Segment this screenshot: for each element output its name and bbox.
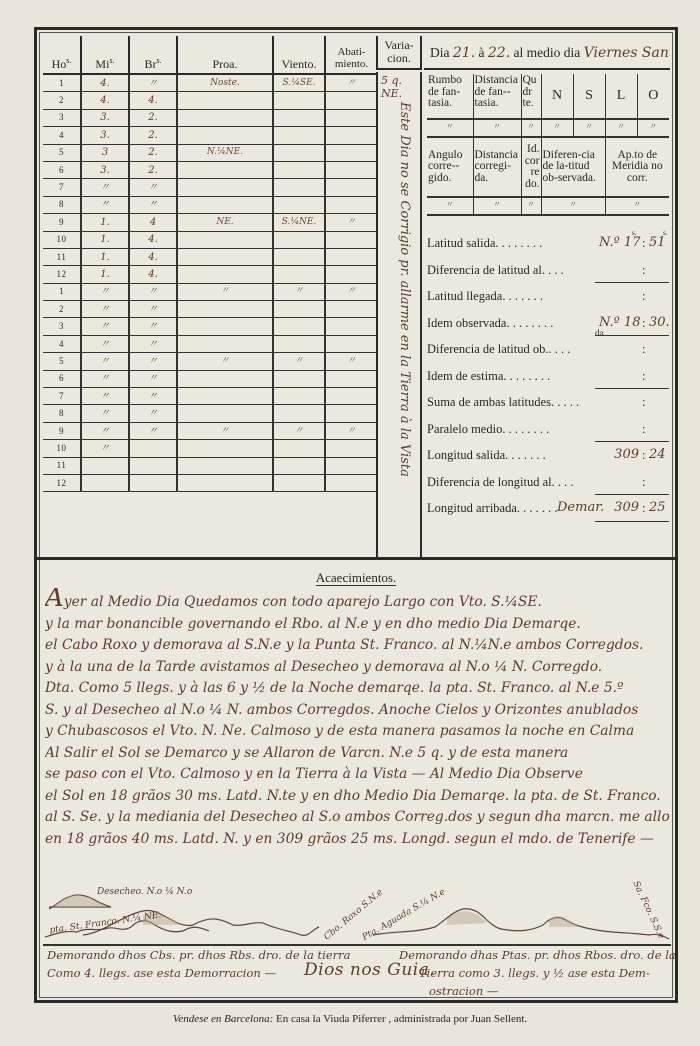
log-row: 8〃〃 xyxy=(43,196,377,213)
miles-cell xyxy=(81,457,129,474)
viento-cell xyxy=(273,440,325,457)
cell-value: 〃 xyxy=(521,119,541,137)
viento-cell xyxy=(273,127,325,144)
demoracion-right: Demorando dhas Ptas. pr. dhos Rbos. dro.… xyxy=(399,946,676,1000)
viento-cell xyxy=(273,161,325,178)
proa-cell xyxy=(177,370,273,387)
narrative-line: y à la una de la Tarde avistamos al Dese… xyxy=(45,657,670,679)
log-row: 4〃〃 xyxy=(43,335,377,352)
colon-separator: : xyxy=(642,389,645,415)
hour-cell: 9 xyxy=(43,422,81,439)
abatimiento-cell xyxy=(325,109,377,126)
viento-cell xyxy=(273,457,325,474)
latitude-row: Idem de estima. . . . . . . .: xyxy=(427,363,671,390)
log-row: 11 xyxy=(43,457,377,474)
log-row: 1〃〃〃〃〃 xyxy=(43,283,377,300)
abatimiento-cell xyxy=(325,335,377,352)
log-row: 3〃〃 xyxy=(43,318,377,335)
cell-value: 〃 xyxy=(473,197,521,215)
proa-cell xyxy=(177,318,273,335)
log-row: 5〃〃〃〃〃 xyxy=(43,353,377,370)
distancia-corregida-label: Distancia corregi-da. xyxy=(473,137,521,197)
minutes-value: 30. xyxy=(649,310,670,336)
proa-cell xyxy=(177,335,273,352)
brazas-cell: 〃 xyxy=(129,422,177,439)
narrative-line: al S. Se. y la mediania del Desecheo al … xyxy=(45,807,670,829)
miles-cell: 3. xyxy=(81,161,129,178)
proa-cell xyxy=(177,457,273,474)
hour-cell: 4 xyxy=(43,335,81,352)
viento-header: Viento. xyxy=(273,36,325,74)
proa-cell xyxy=(177,179,273,196)
latitude-label: Suma de ambas latitudes. . . . . xyxy=(427,389,579,415)
cell-value: 〃 xyxy=(541,119,573,137)
proa-cell xyxy=(177,301,273,318)
narrative-line: en 18 grãos 40 ms. Latd. N. y en 309 grã… xyxy=(45,829,670,851)
viento-cell xyxy=(273,474,325,491)
narrative-line: Al Salir el Sol se Demarco y se Allaron … xyxy=(45,743,670,765)
day-suffix: al medio dia xyxy=(514,45,581,60)
brazas-cell: 4. xyxy=(129,248,177,265)
hour-cell: 7 xyxy=(43,179,81,196)
miles-cell: 〃 xyxy=(81,301,129,318)
proa-cell xyxy=(177,127,273,144)
miles-cell: 1. xyxy=(81,231,129,248)
latitude-row: Latitud salida. . . . . . . .N.º 17:51s.… xyxy=(427,230,671,257)
narrative-line: el Cabo Roxo y demorava al S.N.e y la Pu… xyxy=(45,635,670,657)
hour-cell: 8 xyxy=(43,405,81,422)
proa-cell xyxy=(177,161,273,178)
cell-value: 〃 xyxy=(541,197,605,215)
latitude-label: Diferencia de longitud al. . . . xyxy=(427,469,573,495)
log-row: 24.4. xyxy=(43,92,377,109)
cell-value: 〃 xyxy=(473,119,521,137)
viento-cell xyxy=(273,109,325,126)
diferencia-latitud-label: Diferen-cia de la-titud ob-servada. xyxy=(541,137,605,197)
miles-cell: 1. xyxy=(81,266,129,283)
miles-cell: 3. xyxy=(81,109,129,126)
north-label: N xyxy=(541,74,573,119)
brazas-cell: 2. xyxy=(129,109,177,126)
proa-header: Proa. xyxy=(177,36,273,74)
variacion-column: 5 q. NE. Este Dia no se Corrigio pr. all… xyxy=(376,72,422,557)
hour-cell: 1 xyxy=(43,74,81,92)
minutes-value: 25 xyxy=(649,495,666,521)
abatimiento-cell xyxy=(325,370,377,387)
abatimiento-cell xyxy=(325,127,377,144)
viento-cell xyxy=(273,335,325,352)
unit-label: s. xyxy=(632,220,636,246)
hour-cell: 7 xyxy=(43,388,81,405)
miles-cell: 〃 xyxy=(81,370,129,387)
proa-cell: N.¼NE. xyxy=(177,144,273,161)
hour-cell: 11 xyxy=(43,248,81,265)
day-from: 21. xyxy=(453,45,475,61)
abatimiento-cell: 〃 xyxy=(325,422,377,439)
narrative-line: Dta. Como 5 llegs. y à las 6 y ½ de la N… xyxy=(45,678,670,700)
abatimiento-cell xyxy=(325,248,377,265)
day-between: à xyxy=(479,45,485,60)
hour-cell: 12 xyxy=(43,266,81,283)
log-row: 101.4. xyxy=(43,231,377,248)
brazas-cell xyxy=(129,440,177,457)
narrative-line: se paso con el Vto. Calmoso y en la Tier… xyxy=(45,764,670,786)
section-divider xyxy=(37,557,675,560)
log-row: 63.2. xyxy=(43,161,377,178)
brazas-cell xyxy=(129,457,177,474)
minutes-value: 24 xyxy=(649,442,666,468)
latitude-prefix: Demar. xyxy=(557,495,604,521)
log-row: 8〃〃 xyxy=(43,405,377,422)
abatimiento-cell xyxy=(325,474,377,491)
cell-value: 〃 xyxy=(573,119,605,137)
colon-separator: : xyxy=(642,363,645,389)
viento-cell: S.¼NE. xyxy=(273,214,325,231)
brazas-cell: 〃 xyxy=(129,405,177,422)
miles-cell: 4. xyxy=(81,92,129,109)
degrees-value: N.º 18 xyxy=(599,310,639,336)
hour-cell: 10 xyxy=(43,231,81,248)
miles-cell: 〃 xyxy=(81,405,129,422)
hour-cell: 3 xyxy=(43,318,81,335)
hour-cell: 6 xyxy=(43,161,81,178)
proa-cell: NE. xyxy=(177,214,273,231)
colon-separator: : xyxy=(642,310,645,336)
proa-cell: Noste. xyxy=(177,74,273,92)
reckoning-grid: Rumbo de fan-tasia. Distancia de fan--ta… xyxy=(427,74,669,216)
brazas-cell: 〃 xyxy=(129,301,177,318)
abatimiento-header: Abati-miento. xyxy=(325,36,377,74)
latitude-row: Paralelo medio. . . . . . . .: xyxy=(427,416,671,443)
hour-cell: 10 xyxy=(43,440,81,457)
narrative-line: y la mar bonancible governando el Rbo. a… xyxy=(45,614,670,636)
log-row: 111.4. xyxy=(43,248,377,265)
latitude-label: Longitud arribada. . . . . . . xyxy=(427,495,558,521)
abatimiento-cell xyxy=(325,405,377,422)
latitude-row: Suma de ambas latitudes. . . . .: xyxy=(427,389,671,416)
miles-cell: 〃 xyxy=(81,318,129,335)
brazas-cell: 〃 xyxy=(129,370,177,387)
day-header: Dia 21. à 22. al medio dia Viernes Santo xyxy=(424,36,670,70)
brazas-cell: 2. xyxy=(129,161,177,178)
miles-cell xyxy=(81,474,129,491)
hour-cell: 8 xyxy=(43,196,81,213)
cell-value: 〃 xyxy=(427,197,473,215)
brazas-cell: 〃 xyxy=(129,179,177,196)
proa-cell xyxy=(177,474,273,491)
east-label: L xyxy=(605,74,637,119)
proa-cell xyxy=(177,109,273,126)
latitude-label: Latitud salida. . . . . . . . xyxy=(427,230,542,256)
proa-cell xyxy=(177,248,273,265)
hour-cell: 6 xyxy=(43,370,81,387)
log-page: Hos. Mis. Brs. Proa. Viento. Abati-mient… xyxy=(34,27,678,1003)
proa-cell xyxy=(177,405,273,422)
abatimiento-cell xyxy=(325,161,377,178)
abatimiento-cell: 〃 xyxy=(325,74,377,92)
viento-cell xyxy=(273,92,325,109)
miles-header: Mis. xyxy=(81,36,129,74)
hours-header: Hos. xyxy=(43,36,81,74)
brazas-cell: 〃 xyxy=(129,318,177,335)
miles-cell: 3. xyxy=(81,127,129,144)
abatimiento-cell xyxy=(325,457,377,474)
log-row: 91.4NE.S.¼NE.〃 xyxy=(43,214,377,231)
brazas-cell: 2. xyxy=(129,144,177,161)
angulo-corregido-label: Angulo corre--gido. xyxy=(427,137,473,197)
latitude-label: Diferencia de latitud ob.. . . . xyxy=(427,336,570,362)
brazas-cell: 4 xyxy=(129,214,177,231)
cell-value: 〃 xyxy=(605,197,669,215)
miles-cell: 〃 xyxy=(81,335,129,352)
proa-cell: 〃 xyxy=(177,422,273,439)
cell-value: 〃 xyxy=(427,119,473,137)
acaecimientos-title: Acaecimientos. xyxy=(37,570,675,586)
colon-separator: : xyxy=(642,495,645,521)
distancia-fantasia-label: Distancia de fan--tasia. xyxy=(473,74,521,119)
brazas-cell: 〃 xyxy=(129,335,177,352)
latitude-label: Longitud salida. . . . . . . xyxy=(427,442,546,468)
log-row: 14.〃Noste.S.¼SE.〃 xyxy=(43,74,377,92)
latitude-row: Diferencia de latitud al. . . .: xyxy=(427,257,671,284)
id-corregido-label: Id. cor re do. xyxy=(521,137,541,197)
abatimiento-cell xyxy=(325,144,377,161)
viento-cell xyxy=(273,370,325,387)
log-row: 43.2. xyxy=(43,127,377,144)
narrative-line: S. y al Desecheo al N.o ¼ N. ambos Corre… xyxy=(45,700,670,722)
colon-separator: : xyxy=(642,283,645,309)
publisher-footer: Vendese en Barcelona: En casa la Viuda P… xyxy=(0,1013,700,1025)
log-row: 7〃〃 xyxy=(43,179,377,196)
hour-cell: 2 xyxy=(43,92,81,109)
brazas-cell xyxy=(129,474,177,491)
miles-cell: 〃 xyxy=(81,388,129,405)
brazas-cell: 〃 xyxy=(129,353,177,370)
brazas-cell: 4. xyxy=(129,92,177,109)
miles-cell: 1. xyxy=(81,248,129,265)
colon-separator: : xyxy=(642,442,645,468)
day-prefix: Dia xyxy=(430,45,450,60)
hour-cell: 12 xyxy=(43,474,81,491)
degrees-value: 309 xyxy=(599,442,639,468)
log-row: 33.2. xyxy=(43,109,377,126)
hour-cell: 2 xyxy=(43,301,81,318)
latitude-row: Latitud llegada. . . . . . .: xyxy=(427,283,671,310)
south-label: S xyxy=(573,74,605,119)
narrative-line: el Sol en 18 grãos 30 ms. Latd. N.te y e… xyxy=(45,786,670,808)
brazas-cell: 4. xyxy=(129,231,177,248)
log-row: 12 xyxy=(43,474,377,491)
colon-separator: : xyxy=(642,257,645,283)
miles-cell: 〃 xyxy=(81,196,129,213)
brazas-cell: 〃 xyxy=(129,196,177,213)
day-name: Viernes Santo xyxy=(584,45,670,61)
latitude-row: Diferencia de latitud ob.. . . .: xyxy=(427,336,671,363)
abatimiento-cell xyxy=(325,196,377,213)
rumbo-fantasia-label: Rumbo de fan-tasia. xyxy=(427,74,473,119)
proa-cell xyxy=(177,440,273,457)
viento-cell xyxy=(273,301,325,318)
proa-cell xyxy=(177,92,273,109)
abatimiento-cell xyxy=(325,179,377,196)
brazas-cell: 〃 xyxy=(129,388,177,405)
latitude-label: Paralelo medio. . . . . . . . xyxy=(427,416,549,442)
colon-separator: : xyxy=(642,469,645,495)
viento-cell xyxy=(273,144,325,161)
proa-cell: 〃 xyxy=(177,283,273,300)
miles-cell: 〃 xyxy=(81,179,129,196)
log-row: 532.N.¼NE. xyxy=(43,144,377,161)
miles-cell: 1. xyxy=(81,214,129,231)
latitude-label: Latitud llegada. . . . . . . xyxy=(427,283,543,309)
degrees-value: 309 xyxy=(599,495,639,521)
narrative-line: Ayer al Medio Dia Quedamos con todo apar… xyxy=(45,588,670,614)
abatimiento-cell: 〃 xyxy=(325,353,377,370)
latitude-row: Longitud arribada. . . . . . .Demar.309:… xyxy=(427,495,671,522)
latitude-row: Longitud salida. . . . . . .309:24 xyxy=(427,442,671,469)
cuadrante-label: Qu dr te. xyxy=(521,74,541,119)
log-row: 9〃〃〃〃〃 xyxy=(43,422,377,439)
hour-cell: 11 xyxy=(43,457,81,474)
cell-value: 〃 xyxy=(637,119,669,137)
cell-value: 〃 xyxy=(521,197,541,215)
unit-label: s. xyxy=(663,220,667,246)
narrative-line: y Chubascosos el Vto. N. Ne. Calmoso y d… xyxy=(45,721,670,743)
viento-cell xyxy=(273,318,325,335)
colon-separator: : xyxy=(642,336,645,362)
hour-cell: 3 xyxy=(43,109,81,126)
viento-cell xyxy=(273,248,325,265)
miles-cell: 〃 xyxy=(81,353,129,370)
brazas-cell: 〃 xyxy=(129,283,177,300)
proa-cell xyxy=(177,196,273,213)
hour-cell: 5 xyxy=(43,144,81,161)
brazas-cell: 2. xyxy=(129,127,177,144)
hour-cell: 9 xyxy=(43,214,81,231)
viento-cell xyxy=(273,388,325,405)
colon-separator: : xyxy=(642,416,645,442)
variacion-header: Varia-cion. xyxy=(376,36,422,70)
log-row: 6〃〃 xyxy=(43,370,377,387)
abatimiento-cell xyxy=(325,92,377,109)
log-table: Hos. Mis. Brs. Proa. Viento. Abati-mient… xyxy=(43,36,377,492)
viento-cell: 〃 xyxy=(273,283,325,300)
hour-cell: 4 xyxy=(43,127,81,144)
variacion-vertical-note: Este Dia no se Corrigio pr. allarme en l… xyxy=(390,102,412,542)
sum-rule xyxy=(595,521,669,522)
miles-cell: 〃 xyxy=(81,422,129,439)
latitude-row: Idem observada. . . . . . . .N.º 18:30.d… xyxy=(427,310,671,337)
abatimiento-cell: 〃 xyxy=(325,214,377,231)
latitude-label: Idem observada. . . . . . . . xyxy=(427,310,553,336)
abatimiento-cell xyxy=(325,266,377,283)
latitude-longitude-list: Latitud salida. . . . . . . .N.º 17:51s.… xyxy=(427,230,671,522)
viento-cell xyxy=(273,179,325,196)
proa-cell xyxy=(177,266,273,283)
log-row: 10〃 xyxy=(43,440,377,457)
viento-cell xyxy=(273,231,325,248)
day-to: 22. xyxy=(488,45,510,61)
miles-cell: 3 xyxy=(81,144,129,161)
abatimiento-cell: 〃 xyxy=(325,283,377,300)
miles-cell: 〃 xyxy=(81,283,129,300)
brazas-cell: 4. xyxy=(129,266,177,283)
viento-cell: 〃 xyxy=(273,422,325,439)
viento-cell xyxy=(273,405,325,422)
colon-separator: : xyxy=(642,230,645,256)
abatimiento-cell xyxy=(325,318,377,335)
brazas-header: Brs. xyxy=(129,36,177,74)
latitude-row: Diferencia de longitud al. . . .: xyxy=(427,469,671,496)
acaecimientos-text: Ayer al Medio Dia Quedamos con todo apar… xyxy=(45,588,670,850)
abatimiento-cell xyxy=(325,440,377,457)
log-row: 7〃〃 xyxy=(43,388,377,405)
miles-cell: 〃 xyxy=(81,440,129,457)
log-row: 121.4. xyxy=(43,266,377,283)
viento-cell: 〃 xyxy=(273,353,325,370)
apartamiento-label: Ap.to de Meridia no corr. xyxy=(605,137,669,197)
abatimiento-cell xyxy=(325,231,377,248)
abatimiento-cell xyxy=(325,301,377,318)
miles-cell: 4. xyxy=(81,74,129,92)
abatimiento-cell xyxy=(325,388,377,405)
west-label: O xyxy=(637,74,669,119)
latitude-label: Idem de estima. . . . . . . . xyxy=(427,363,550,389)
viento-cell xyxy=(273,266,325,283)
proa-cell: 〃 xyxy=(177,353,273,370)
variacion-value: 5 q. NE. xyxy=(381,74,420,100)
log-row: 2〃〃 xyxy=(43,301,377,318)
latitude-label: Diferencia de latitud al. . . . xyxy=(427,257,564,283)
profile-label: Desecheo. N.o ¼ N.o xyxy=(97,887,192,897)
proa-cell xyxy=(177,388,273,405)
hour-cell: 1 xyxy=(43,283,81,300)
brazas-cell: 〃 xyxy=(129,74,177,92)
viento-cell: S.¼SE. xyxy=(273,74,325,92)
cell-value: 〃 xyxy=(605,119,637,137)
proa-cell xyxy=(177,231,273,248)
viento-cell xyxy=(273,196,325,213)
hour-cell: 5 xyxy=(43,353,81,370)
